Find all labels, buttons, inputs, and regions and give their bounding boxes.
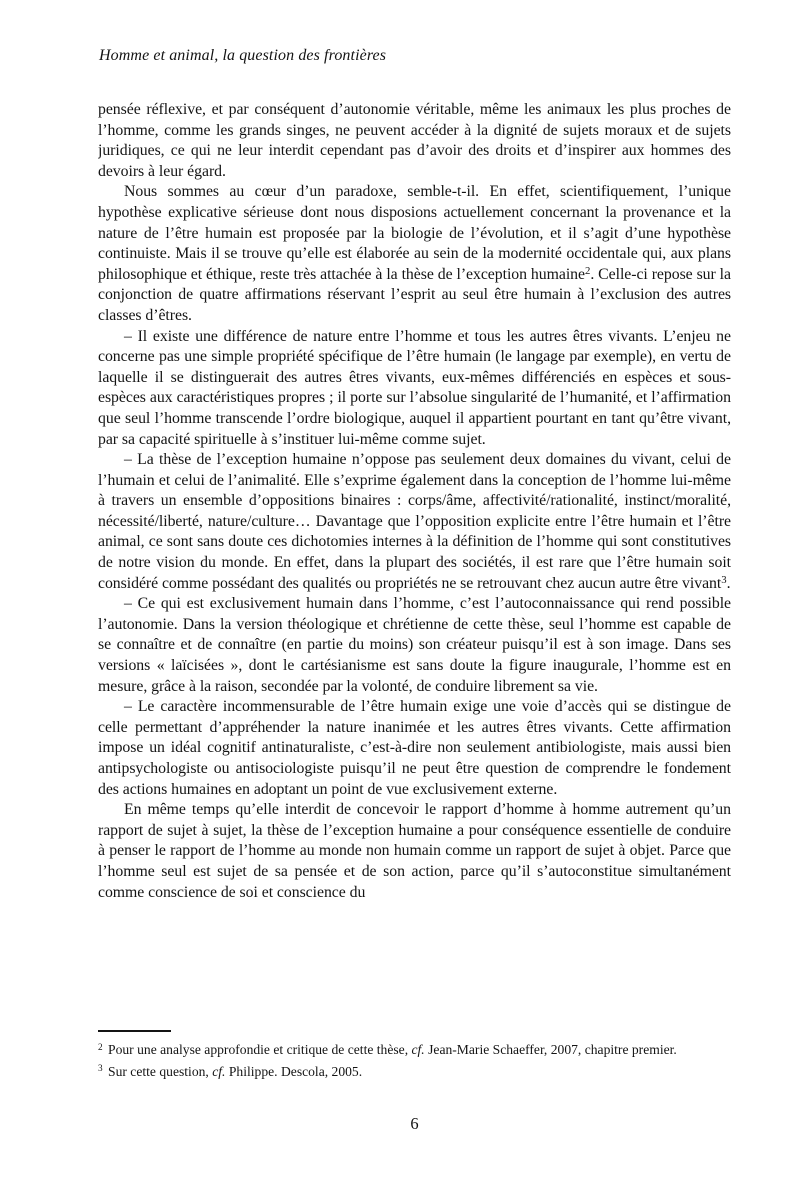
footnote-list: 2 Pour une analyse approfondie et critiq… [98, 1039, 731, 1082]
paragraph: – Il existe une différence de nature ent… [98, 327, 731, 451]
paragraph: pensée réflexive, et par conséquent d’au… [98, 100, 731, 182]
page-number: 6 [98, 1114, 731, 1134]
footnote: 2 Pour une analyse approfondie et critiq… [98, 1039, 731, 1061]
footnotes: 2 Pour une analyse approfondie et critiq… [98, 1030, 731, 1082]
document-page: Homme et animal, la question des frontiè… [0, 0, 800, 1200]
paragraph: – Ce qui est exclusivement humain dans l… [98, 594, 731, 697]
footnote-separator [98, 1030, 171, 1032]
footnote-marker: 3 [98, 1063, 103, 1073]
paragraph: – Le caractère incommensurable de l’être… [98, 697, 731, 800]
paragraph: – La thèse de l’exception humaine n’oppo… [98, 450, 731, 594]
footnote-marker: 2 [98, 1042, 103, 1052]
footnote-ref: 3 [721, 574, 726, 586]
paragraph: Nous sommes au cœur d’un paradoxe, sembl… [98, 182, 731, 326]
footnote: 3 Sur cette question, cf. Philippe. Desc… [98, 1061, 731, 1083]
paragraph: En même temps qu’elle interdit de concev… [98, 800, 731, 903]
footnote-ref: 2 [585, 265, 590, 277]
running-title: Homme et animal, la question des frontiè… [99, 47, 731, 65]
body-text: pensée réflexive, et par conséquent d’au… [98, 100, 731, 903]
